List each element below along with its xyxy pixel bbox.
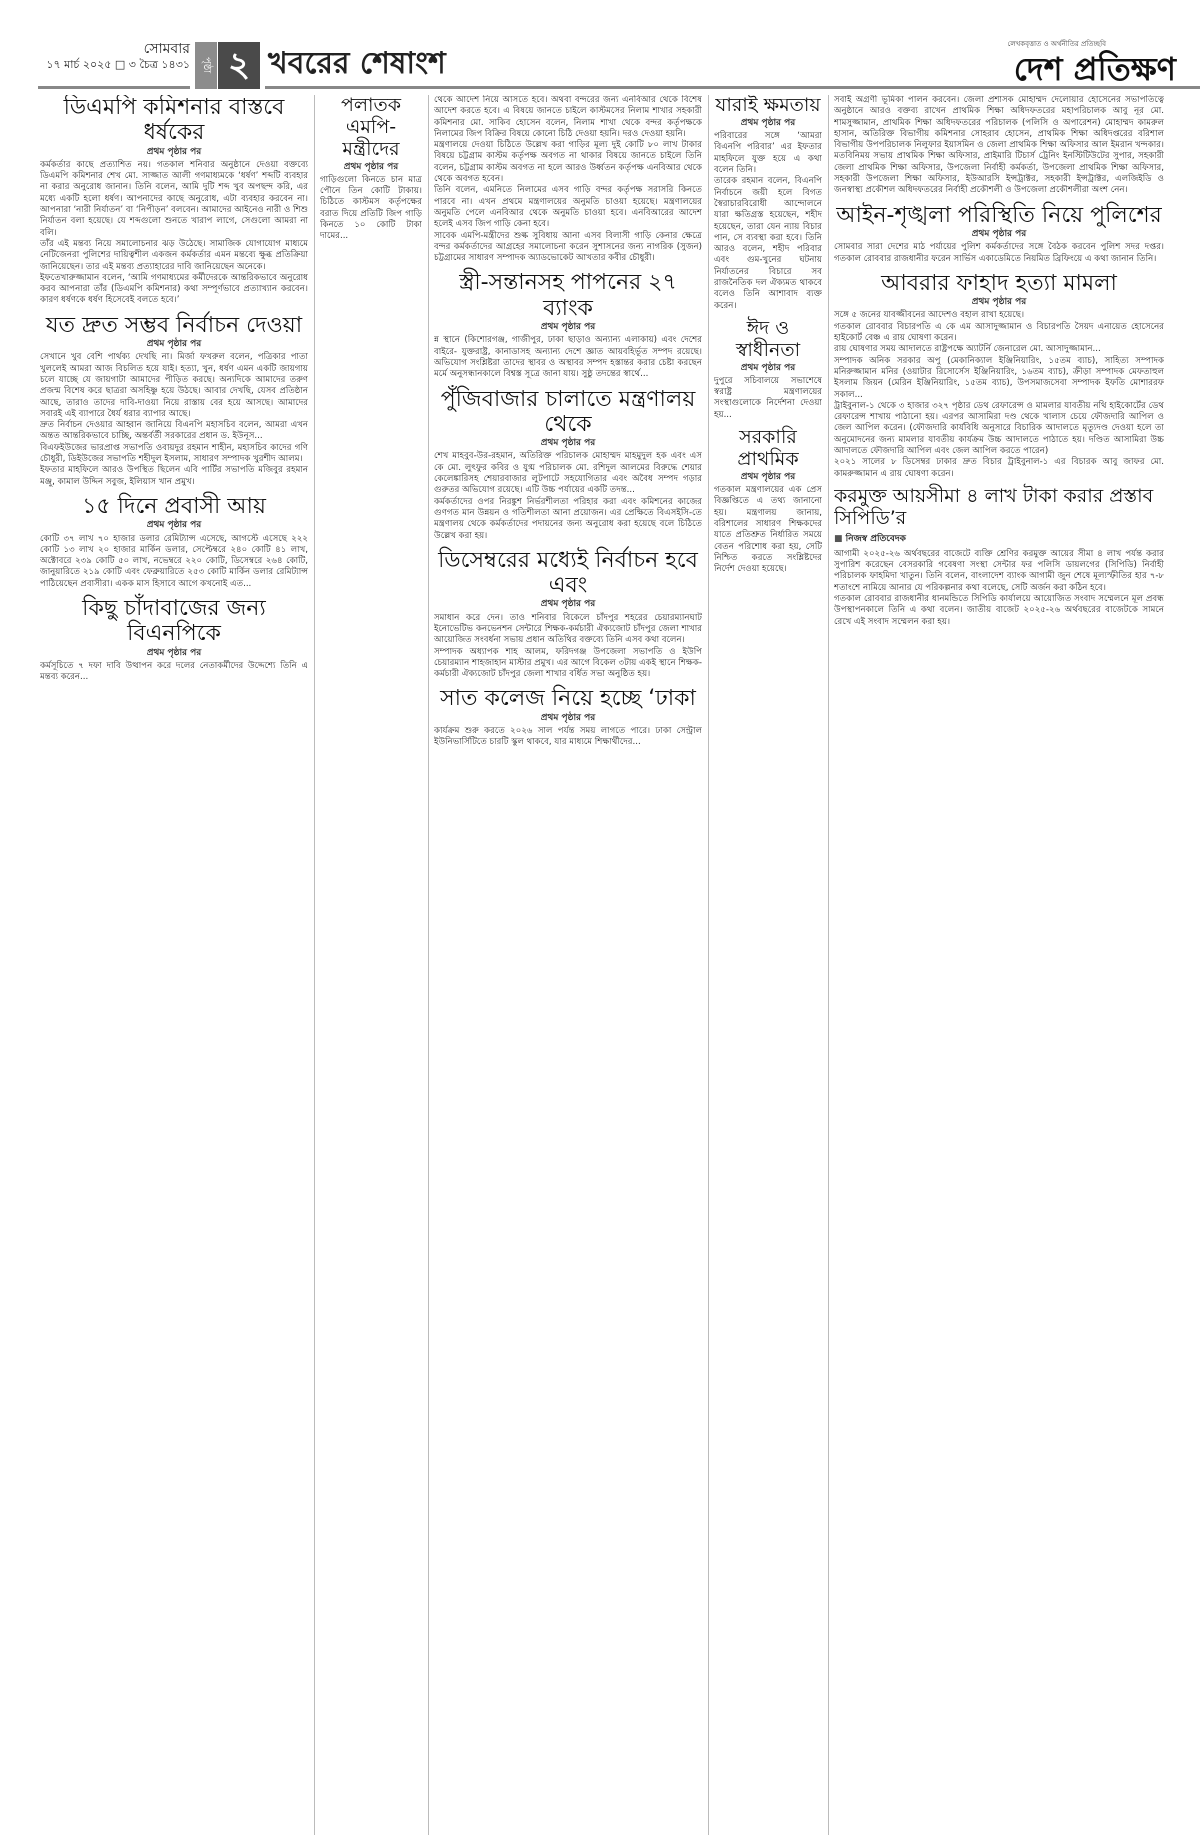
headline: ঈদ ও স্বাধীনতা bbox=[714, 318, 822, 362]
column-divider bbox=[708, 95, 709, 1835]
paragraph: দ্রুত নির্বাচন দেওয়ার আহ্বান জানিয়ে বি… bbox=[40, 420, 308, 443]
continued-label: প্রথম পৃষ্ঠার পর bbox=[714, 472, 822, 483]
article-bnp: কিছু চাঁদাবাজের জন্য বিএনপিকে প্রথম পৃষ্… bbox=[40, 596, 308, 683]
column-4: যারাই ক্ষমতায় প্রথম পৃষ্ঠার পর পরিবারের… bbox=[714, 95, 822, 1835]
continued-label: প্রথম পৃষ্ঠার পর bbox=[434, 322, 702, 333]
continued-label: প্রথম পৃষ্ঠার পর bbox=[320, 162, 422, 173]
paragraph: বিএফইউজের ভারপ্রাপ্ত সভাপতি ওবায়দুর রহম… bbox=[40, 443, 308, 466]
continued-label: প্রথম পৃষ্ঠার পর bbox=[434, 438, 702, 449]
headline: সরকারি প্রাথমিক bbox=[714, 427, 822, 471]
paragraph: সেখানে খুব বেশি পার্থক্য দেখছি না। মির্জ… bbox=[40, 352, 308, 420]
paragraph: তিনি বলেন, এমনিতে নিলামের এসব গাড়ি বন্দ… bbox=[434, 185, 702, 230]
issue-date-text: ১৭ মার্চ ২০২৫ □ ৩ চৈত্র ১৪৩১ bbox=[46, 58, 190, 71]
headline: সাত কলেজ নিয়ে হচ্ছে ‘ঢাকা bbox=[434, 686, 702, 711]
continued-label: প্রথম পৃষ্ঠার পর bbox=[40, 339, 308, 350]
paragraph: কার্যক্রম শুরু করতে ২০২৬ সাল পর্যন্ত সময… bbox=[434, 726, 702, 749]
column-2: পলাতক এমপি-মন্ত্রীদের প্রথম পৃষ্ঠার পর গ… bbox=[320, 95, 422, 1835]
section-title: খবরের শেষাংশ bbox=[268, 44, 446, 84]
brand-tagline: লেখকবৃত্তাত ও অর্থনীতির প্রতিচ্ছবি bbox=[1008, 38, 1106, 50]
masthead-divider bbox=[38, 86, 190, 89]
paragraph: সম্পাদক অনিক সরকার অপু (মেকানিক্যাল ইঞ্জ… bbox=[834, 356, 1164, 401]
paragraph: দুপুরে সচিবালয়ে সভাশেষে স্বরাষ্ট্র মন্ত… bbox=[714, 376, 822, 421]
continued-label: প্রথম পৃষ্ঠার পর bbox=[40, 648, 308, 659]
continued-label: প্রথম পৃষ্ঠার পর bbox=[40, 520, 308, 531]
article-abrar: আবরার ফাহাদ হত্যা মামলা প্রথম পৃষ্ঠার পর… bbox=[834, 271, 1164, 480]
headline: পুঁজিবাজার চালাতে মন্ত্রণালয় থেকে bbox=[434, 387, 702, 438]
headline: পলাতক এমপি-মন্ত্রীদের bbox=[320, 95, 422, 161]
column-divider bbox=[828, 95, 829, 1835]
continued-label: প্রথম পৃষ্ঠার পর bbox=[434, 713, 702, 724]
newspaper-logo: লেখকবৃত্তাত ও অর্থনীতির প্রতিচ্ছবি দেশ প… bbox=[1008, 38, 1176, 88]
article-stock: পুঁজিবাজার চালাতে মন্ত্রণালয় থেকে প্রথম… bbox=[434, 387, 702, 542]
paragraph: পরিবারের সঙ্গে ‘আমরা বিএনপি পরিবার’ এর ই… bbox=[714, 131, 822, 176]
paragraph: কর্মকর্তাদের ওপর নিরঙ্কুশ নির্ভরশীলতা পর… bbox=[434, 497, 702, 542]
paragraph: সঙ্গে ৫ জনের যাবজ্জীবনের আদেশও বহাল রাখা… bbox=[834, 310, 1164, 321]
article-tax: করমুক্ত আয়সীমা ৪ লাখ টাকা করার প্রস্তাব… bbox=[834, 486, 1164, 628]
article-eid: ঈদ ও স্বাধীনতা প্রথম পৃষ্ঠার পর দুপুরে স… bbox=[714, 318, 822, 421]
page-number: ২ bbox=[218, 42, 260, 89]
article-police: আইন-শৃঙ্খলা পরিস্থিতি নিয়ে পুলিশের প্রথ… bbox=[834, 203, 1164, 265]
paragraph: গতকাল রোববার রাজধানীর ধানমন্ডিতে সিপিডি … bbox=[834, 594, 1164, 628]
article-banks: স্ত্রী-সন্তানসহ পাপনের ২৭ ব্যাংক প্রথম প… bbox=[434, 270, 702, 380]
byline: নিজস্ব প্রতিবেদক bbox=[834, 534, 1164, 545]
paragraph: সাবেক এমপি-মন্ত্রীদের শুল্ক সুবিধায় আনা… bbox=[434, 231, 702, 265]
continued-label: প্রথম পৃষ্ঠার পর bbox=[714, 363, 822, 374]
headline: ১৫ দিনে প্রবাসী আয় bbox=[40, 494, 308, 519]
column-5: সবাই অগ্রণী ভূমিকা পালন করবেন। জেলা প্রশ… bbox=[834, 95, 1164, 1835]
paragraph: মন্ত্রণালয়ে দেওয়া চিঠিতে উল্লেখ করা গা… bbox=[434, 140, 702, 185]
headline: যত দ্রুত সম্ভব নির্বাচন দেওয়া bbox=[40, 313, 308, 338]
paragraph: ২০২১ সালের ৮ ডিসেম্বর ঢাকার দ্রুত বিচার … bbox=[834, 457, 1164, 480]
paragraph: ইফতার মাহফিলে আরও উপস্থিত ছিলেন এবি পার্… bbox=[40, 465, 308, 488]
continued-label: প্রথম পৃষ্ঠার পর bbox=[714, 118, 822, 129]
masthead: সোমবার ১৭ মার্চ ২০২৫ □ ৩ চৈত্র ১৪৩১ পৃষ্… bbox=[0, 0, 1200, 92]
headline: ডিএমপি কমিশনার বাস্তবে ধর্ষকের bbox=[40, 95, 308, 146]
article-primary: সরকারি প্রাথমিক প্রথম পৃষ্ঠার পর গতকাল ম… bbox=[714, 427, 822, 575]
article-dmp: ডিএমপি কমিশনার বাস্তবে ধর্ষকের প্রথম পৃষ… bbox=[40, 95, 308, 307]
paragraph: ট্রাইবুনাল-১ থেকে ৩ হাজার ৩২৭ পৃষ্ঠার ডে… bbox=[834, 401, 1164, 457]
headline: যারাই ক্ষমতায় bbox=[714, 95, 822, 117]
paragraph: আগামী ২০২৫-২৬ অর্থবছরের বাজেটে ব্যক্তি শ… bbox=[834, 549, 1164, 594]
paragraph: থেকে আদেশ নিয়ে আসতে হবে। অথবা বন্দরের জ… bbox=[434, 95, 702, 140]
headline: স্ত্রী-সন্তানসহ পাপনের ২৭ ব্যাংক bbox=[434, 270, 702, 321]
article-remittance: ১৫ দিনে প্রবাসী আয় প্রথম পৃষ্ঠার পর কোট… bbox=[40, 494, 308, 590]
paragraph: সমাধান করে দেন। তাও শনিবার বিকেলে চাঁদপু… bbox=[434, 613, 702, 647]
article-december: ডিসেম্বরের মধ্যেই নির্বাচন হবে এবং প্রথম… bbox=[434, 548, 702, 681]
page-label: পৃষ্ঠা bbox=[195, 42, 217, 89]
column-divider bbox=[428, 95, 429, 1835]
continued-label: প্রথম পৃষ্ঠার পর bbox=[40, 147, 308, 158]
brand-name: দেশ প্রতিক্ষণ bbox=[1014, 50, 1176, 88]
paragraph: সবাই অগ্রণী ভূমিকা পালন করবেন। জেলা প্রশ… bbox=[834, 95, 1164, 197]
paragraph: ইফতেখারুজ্জামান বলেন, ‘আমি গণমাধ্যমের কর… bbox=[40, 273, 308, 307]
issue-date: সোমবার ১৭ মার্চ ২০২৫ □ ৩ চৈত্র ১৪৩১ bbox=[40, 42, 190, 72]
continued-label: প্রথম পৃষ্ঠার পর bbox=[834, 297, 1164, 308]
headline: আবরার ফাহাদ হত্যা মামলা bbox=[834, 271, 1164, 296]
continued-label: প্রথম পৃষ্ঠার পর bbox=[834, 229, 1164, 240]
paragraph: তারেক রহমান বলেন, বিএনপি নির্বাচনে জয়ী … bbox=[714, 176, 822, 312]
headline: আইন-শৃঙ্খলা পরিস্থিতি নিয়ে পুলিশের bbox=[834, 203, 1164, 228]
paragraph: তাঁর এই মন্তব্য নিয়ে সমালোচনার ঝড় উঠেছ… bbox=[40, 239, 308, 273]
paragraph: ন্ন স্থানে (কিশোরগঞ্জ, গাজীপুর, ঢাকা ছাড… bbox=[434, 335, 702, 380]
paragraph: কর্মকর্তার কাছে প্রত্যাশিত নয়। গতকাল শন… bbox=[40, 160, 308, 239]
headline: করমুক্ত আয়সীমা ৪ লাখ টাকা করার প্রস্তাব… bbox=[834, 486, 1164, 530]
article-jeep: পলাতক এমপি-মন্ত্রীদের প্রথম পৃষ্ঠার পর গ… bbox=[320, 95, 422, 243]
headline: ডিসেম্বরের মধ্যেই নির্বাচন হবে এবং bbox=[434, 548, 702, 599]
column-3: থেকে আদেশ নিয়ে আসতে হবে। অথবা বন্দরের জ… bbox=[434, 95, 702, 1835]
article-seven-college: সাত কলেজ নিয়ে হচ্ছে ‘ঢাকা প্রথম পৃষ্ঠার… bbox=[434, 686, 702, 748]
paragraph: কোটি ৩৭ লাখ ৭০ হাজার ডলার রেমিট্যান্স এস… bbox=[40, 534, 308, 590]
article-election: যত দ্রুত সম্ভব নির্বাচন দেওয়া প্রথম পৃষ… bbox=[40, 313, 308, 488]
headline: কিছু চাঁদাবাজের জন্য বিএনপিকে bbox=[40, 596, 308, 647]
paragraph: গাড়িগুলো কিনতে চান মাত্র পৌনে তিন কোটি … bbox=[320, 175, 422, 243]
paragraph: সোমবার সারা দেশের মাঠ পর্যায়ের পুলিশ কর… bbox=[834, 242, 1164, 265]
paragraph: গতকাল রোববার বিচারপতি এ কে এম আসাদুজ্জাম… bbox=[834, 322, 1164, 345]
article-jarai: যারাই ক্ষমতায় প্রথম পৃষ্ঠার পর পরিবারের… bbox=[714, 95, 822, 312]
column-1: ডিএমপি কমিশনার বাস্তবে ধর্ষকের প্রথম পৃষ… bbox=[40, 95, 308, 1835]
continued-label: প্রথম পৃষ্ঠার পর bbox=[434, 599, 702, 610]
column-divider bbox=[314, 95, 315, 1835]
paragraph: রায় ঘোষণার সময় আদালতে রাষ্ট্রপক্ষে অ্য… bbox=[834, 344, 1164, 355]
paragraph: কর্মসূচিতে ৭ দফা দাবি উত্থাপন করে দলের ন… bbox=[40, 661, 308, 684]
issue-day: সোমবার bbox=[40, 42, 190, 57]
article-primary-continued: সবাই অগ্রণী ভূমিকা পালন করবেন। জেলা প্রশ… bbox=[834, 95, 1164, 197]
paragraph: সম্পাদক অধ্যাপক শাহ আলম, ফরিদগঞ্জ উপজেলা… bbox=[434, 647, 702, 681]
article-jeep-continued: থেকে আদেশ নিয়ে আসতে হবে। অথবা বন্দরের জ… bbox=[434, 95, 702, 264]
paragraph: শেখ মাহবুব-উর-রহমান, অতিরিক্ত পরিচালক মো… bbox=[434, 451, 702, 496]
paragraph: গতকাল মন্ত্রণালয়ের এক প্রেস বিজ্ঞপ্তিতে… bbox=[714, 485, 822, 575]
